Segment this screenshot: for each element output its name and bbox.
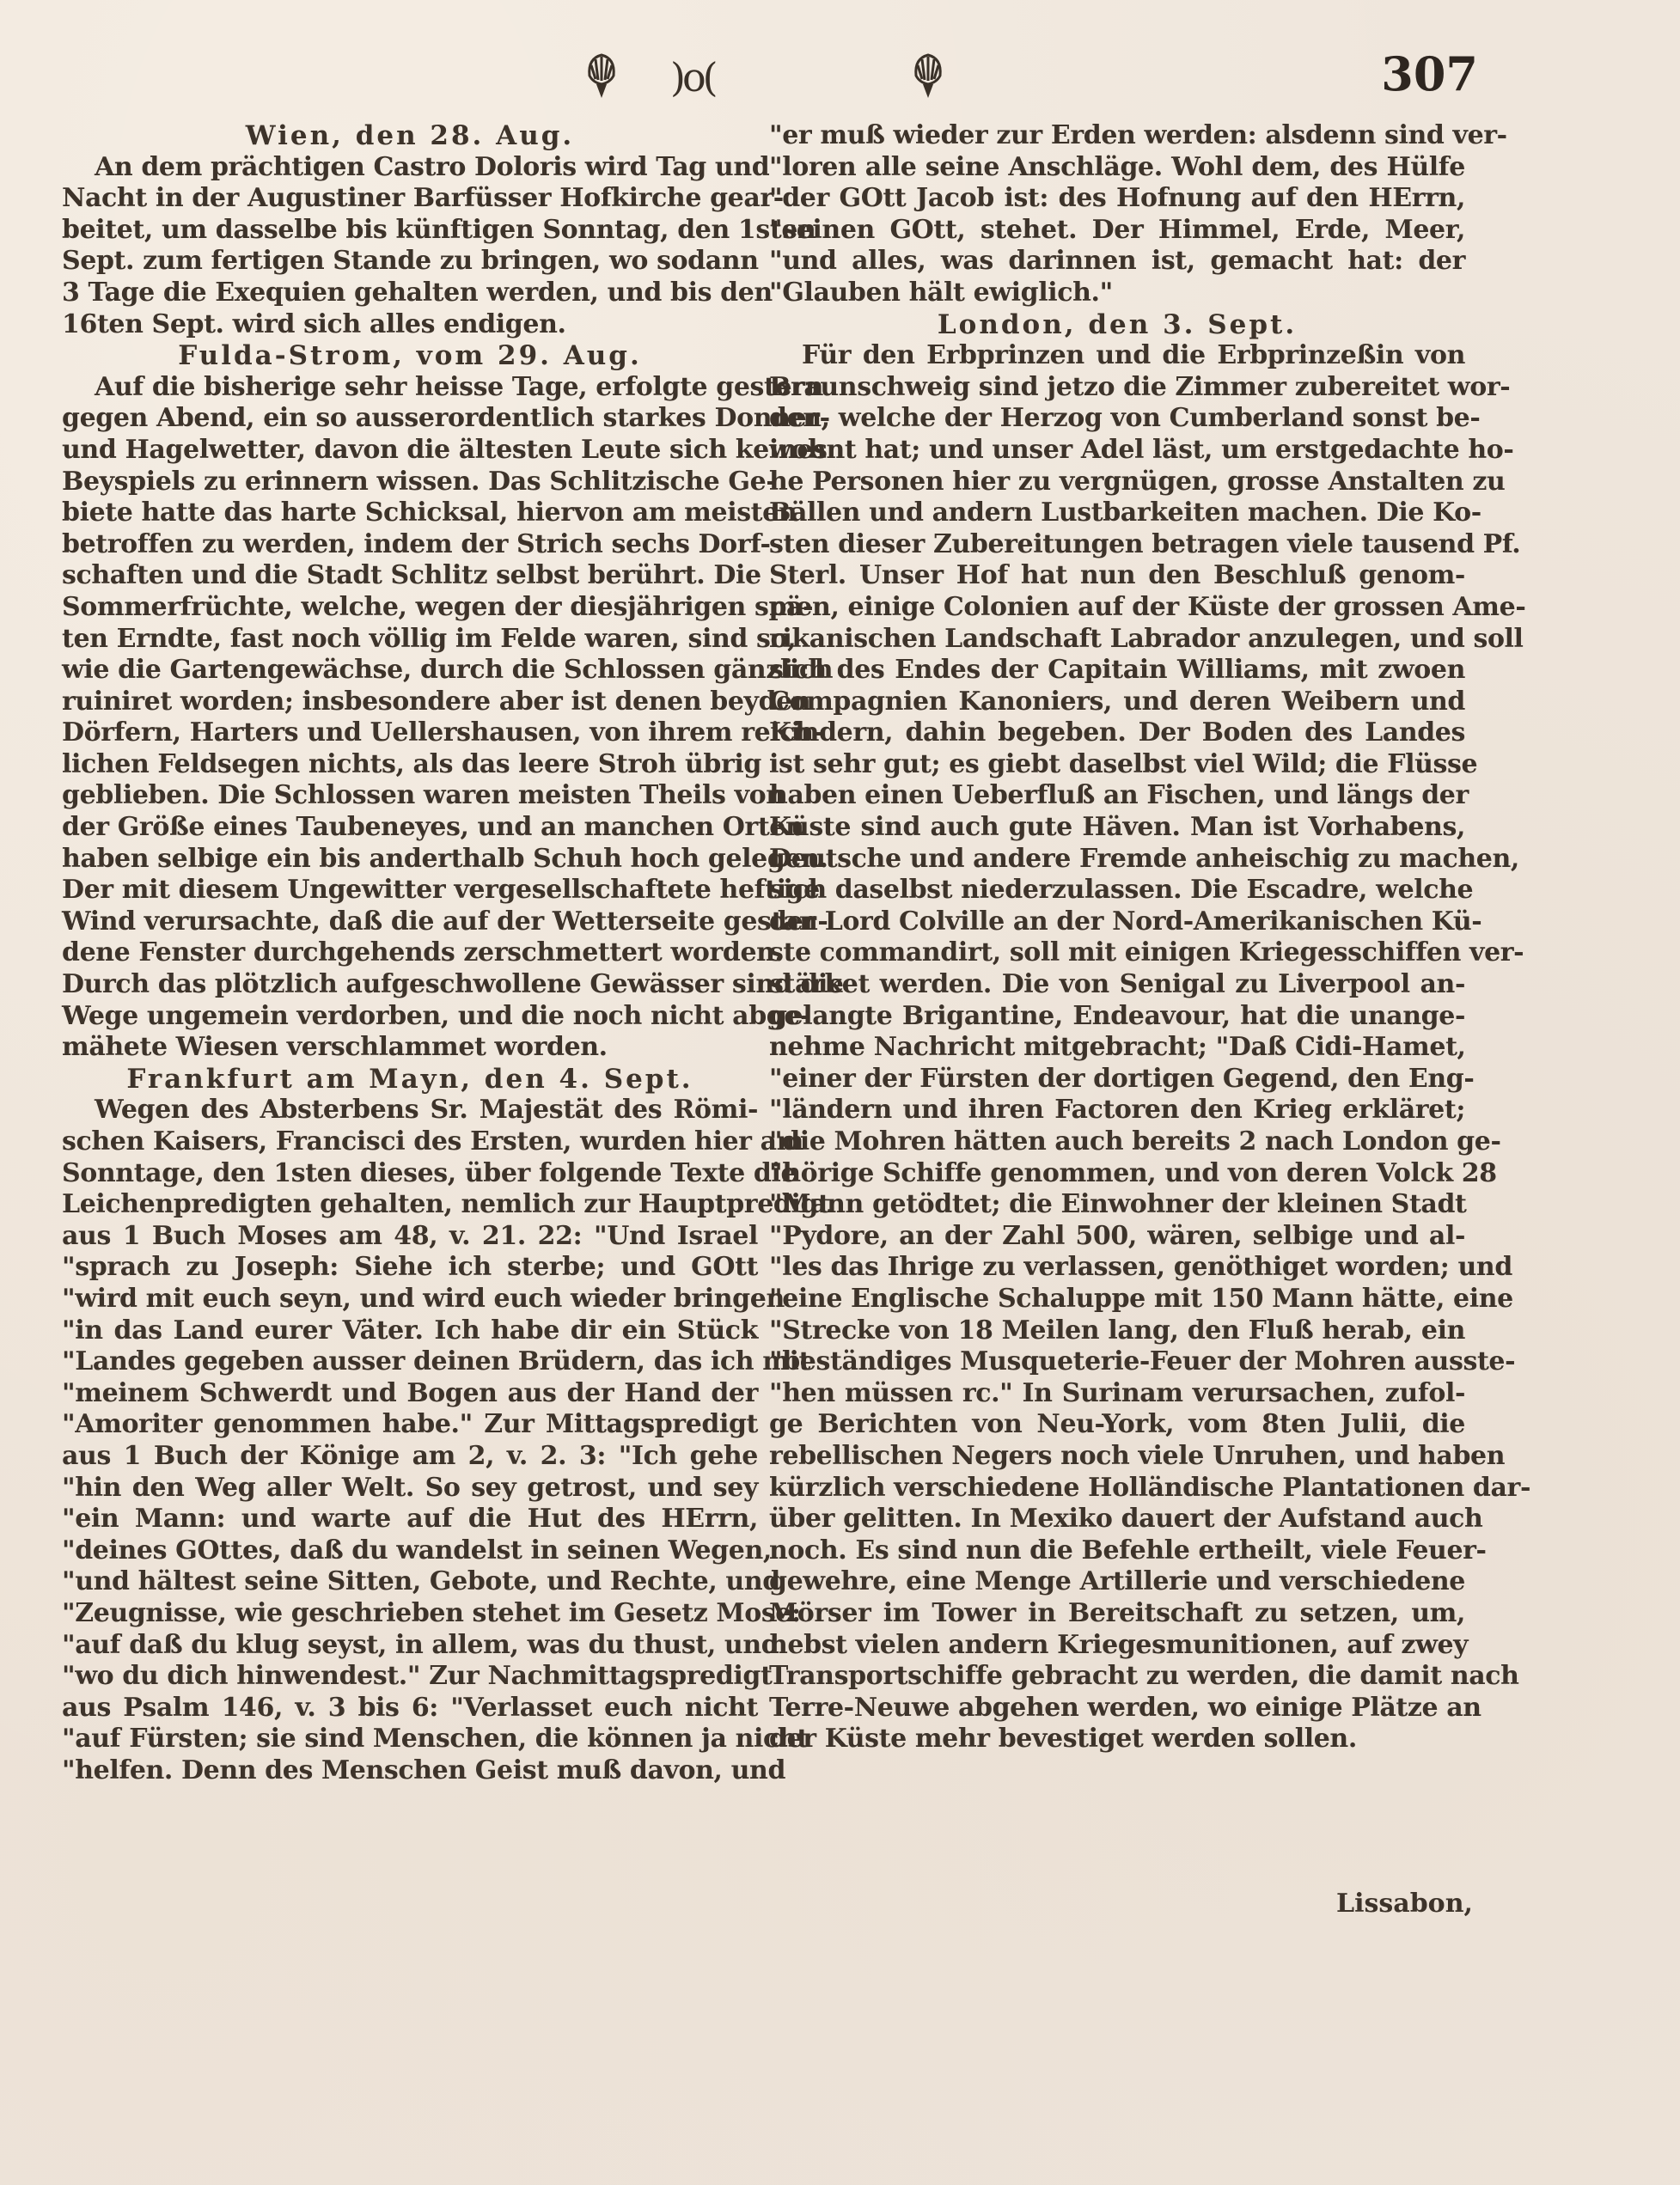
text-line: aus Psalm 146, v. 3 bis 6: "Verlasset eu…: [62, 1693, 758, 1724]
text-line: sich des Endes der Capitain Williams, mi…: [769, 655, 1465, 687]
text-line: "beständiges Musqueterie-Feuer der Mohre…: [769, 1346, 1465, 1378]
catchword: Lissabon,: [1336, 1889, 1473, 1919]
text-line: gegen Abend, ein so ausserordentlich sta…: [62, 403, 758, 435]
text-line: Deutsche und andere Fremde anheischig zu…: [769, 844, 1465, 876]
text-line: haben einen Ueberfluß an Fischen, und lä…: [769, 780, 1465, 812]
text-line: Bällen und andern Lustbarkeiten machen. …: [769, 497, 1465, 529]
text-line: rebellischen Negers noch viele Unruhen, …: [769, 1441, 1465, 1473]
text-line: mähete Wiesen verschlammet worden.: [62, 1032, 758, 1064]
text-line: den, welche der Herzog von Cumberland so…: [769, 403, 1465, 435]
text-line: Sommerfrüchte, welche, wegen der diesjäh…: [62, 592, 758, 624]
text-line: "in das Land eurer Väter. Ich habe dir e…: [62, 1315, 758, 1347]
text-line: stärket werden. Die von Senigal zu Liver…: [769, 969, 1465, 1001]
text-line: Für den Erbprinzen und die Erbprinzeßin …: [769, 340, 1465, 372]
text-line: Wind verursachte, daß die auf der Wetter…: [62, 906, 758, 938]
text-line: Compagnien Kanoniers, und deren Weibern …: [769, 687, 1465, 718]
text-line: "der GOtt Jacob ist: des Hofnung auf den…: [769, 183, 1465, 215]
text-line: der Größe eines Taubeneyes, und an manch…: [62, 812, 758, 844]
text-line: "ländern und ihren Factoren den Krieg er…: [769, 1095, 1465, 1126]
text-line: "sprach zu Joseph: Siehe ich sterbe; und…: [62, 1252, 758, 1284]
text-line: "Landes gegeben ausser deinen Brüdern, d…: [62, 1346, 758, 1378]
page-number: 307: [1381, 46, 1478, 101]
text-line: "Glauben hält ewiglich.": [769, 278, 1465, 309]
text-line: Sept. zum fertigen Stande zu bringen, wo…: [62, 246, 758, 278]
dateline-heading: London, den 3. Sept.: [769, 309, 1465, 341]
text-line: sich daselbst niederzulassen. Die Escadr…: [769, 875, 1465, 906]
text-line: Beyspiels zu erinnern wissen. Das Schlit…: [62, 467, 758, 498]
text-line: nehme Nachricht mitgebracht; "Daß Cidi-H…: [769, 1032, 1465, 1064]
right-column: "er muß wieder zur Erden werden: alsdenn…: [769, 120, 1465, 1755]
text-line: 16ten Sept. wird sich alles endigen.: [62, 309, 758, 341]
text-line: "Amoriter genommen habe." Zur Mittagspre…: [62, 1409, 758, 1441]
text-line: "auf daß du klug seyst, in allem, was du…: [62, 1630, 758, 1662]
text-line: Küste sind auch gute Häven. Man ist Vorh…: [769, 812, 1465, 844]
text-line: Sonntage, den 1sten dieses, über folgend…: [62, 1158, 758, 1190]
dateline-heading: Wien, den 28. Aug.: [62, 120, 758, 152]
text-line: Braunschweig sind jetzo die Zimmer zuber…: [769, 372, 1465, 404]
text-line: "hin den Weg aller Welt. So sey getrost,…: [62, 1473, 758, 1504]
text-line: Kindern, dahin begeben. Der Boden des La…: [769, 717, 1465, 749]
text-line: beitet, um dasselbe bis künftigen Sonnta…: [62, 215, 758, 247]
text-line: aus 1 Buch der Könige am 2, v. 2. 3: "Ic…: [62, 1441, 758, 1473]
text-line: "helfen. Denn des Menschen Geist muß dav…: [62, 1755, 758, 1787]
text-line: ste commandirt, soll mit einigen Krieges…: [769, 937, 1465, 969]
text-line: "loren alle seine Anschläge. Wohl dem, d…: [769, 152, 1465, 184]
text-line: "Zeugnisse, wie geschrieben stehet im Ge…: [62, 1598, 758, 1630]
text-line: Wege ungemein verdorben, und die noch ni…: [62, 1001, 758, 1033]
text-line: betroffen zu werden, indem der Strich se…: [62, 529, 758, 561]
text-line: Mörser im Tower in Bereitschaft zu setze…: [769, 1598, 1465, 1630]
text-line: ruiniret worden; insbesondere aber ist d…: [62, 687, 758, 718]
text-line: "hörige Schiffe genommen, und von deren …: [769, 1158, 1465, 1190]
text-line: wie die Gartengewächse, durch die Schlos…: [62, 655, 758, 687]
text-line: An dem prächtigen Castro Doloris wird Ta…: [62, 152, 758, 184]
text-line: schaften und die Stadt Schlitz selbst be…: [62, 560, 758, 592]
text-line: Auf die bisherige sehr heisse Tage, erfo…: [62, 372, 758, 404]
text-line: kürzlich verschiedene Holländische Plant…: [769, 1473, 1465, 1504]
text-line: "eine Englische Schaluppe mit 150 Mann h…: [769, 1284, 1465, 1315]
left-column: Wien, den 28. Aug.An dem prächtigen Cast…: [62, 120, 758, 1786]
text-line: nebst vielen andern Kriegesmunitionen, a…: [769, 1630, 1465, 1662]
text-line: Durch das plötzlich aufgeschwollene Gewä…: [62, 969, 758, 1001]
text-line: rikanischen Landschaft Labrador anzulege…: [769, 624, 1465, 656]
text-line: gewehre, eine Menge Artillerie und versc…: [769, 1566, 1465, 1598]
dateline-heading: Frankfurt am Mayn, den 4. Sept.: [62, 1064, 758, 1096]
text-line: "einer der Fürsten der dortigen Gegend, …: [769, 1064, 1465, 1096]
text-line: wohnt hat; und unser Adel läst, um erstg…: [769, 435, 1465, 467]
dateline-heading: Fulda-Strom, vom 29. Aug.: [62, 340, 758, 372]
text-line: "auf Fürsten; sie sind Menschen, die kön…: [62, 1724, 758, 1755]
text-line: "hen müssen rc." In Surinam verursachen,…: [769, 1378, 1465, 1410]
text-line: he Personen hier zu vergnügen, grosse An…: [769, 467, 1465, 498]
text-line: men, einige Colonien auf der Küste der g…: [769, 592, 1465, 624]
text-line: "Mann getödtet; die Einwohner der kleine…: [769, 1189, 1465, 1221]
text-line: "seinen GOtt, stehet. Der Himmel, Erde, …: [769, 215, 1465, 247]
text-line: ge Berichten von Neu-York, vom 8ten Juli…: [769, 1409, 1465, 1441]
text-line: "Pydore, an der Zahl 500, wären, selbige…: [769, 1221, 1465, 1253]
text-line: "deines GOttes, daß du wandelst in seine…: [62, 1535, 758, 1567]
text-line: ist sehr gut; es giebt daselbst viel Wil…: [769, 749, 1465, 781]
text-line: Nacht in der Augustiner Barfüsser Hofkir…: [62, 183, 758, 215]
text-line: 3 Tage die Exequien gehalten werden, und…: [62, 278, 758, 309]
text-line: "wird mit euch seyn, und wird euch wiede…: [62, 1284, 758, 1315]
text-line: Transportschiffe gebracht zu werden, die…: [769, 1661, 1465, 1693]
text-line: Sterl. Unser Hof hat nun den Beschluß ge…: [769, 560, 1465, 592]
text-line: "meinem Schwerdt und Bogen aus der Hand …: [62, 1378, 758, 1410]
text-line: sten dieser Zubereitungen betragen viele…: [769, 529, 1465, 561]
divider-ornament: )o(: [670, 55, 739, 103]
text-line: Leichenpredigten gehalten, nemlich zur H…: [62, 1189, 758, 1221]
text-line: biete hatte das harte Schicksal, hiervon…: [62, 497, 758, 529]
text-line: schen Kaisers, Francisci des Ersten, wur…: [62, 1126, 758, 1158]
text-line: über gelitten. In Mexiko dauert der Aufs…: [769, 1504, 1465, 1535]
text-line: geblieben. Die Schlossen waren meisten T…: [62, 780, 758, 812]
text-line: Der mit diesem Ungewitter vergesellschaf…: [62, 875, 758, 906]
text-line: "und hältest seine Sitten, Gebote, und R…: [62, 1566, 758, 1598]
text-line: "die Mohren hätten auch bereits 2 nach L…: [769, 1126, 1465, 1158]
text-line: Terre-Neuwe abgehen werden, wo einige Pl…: [769, 1693, 1465, 1724]
shell-ornament-icon: [911, 52, 945, 100]
text-line: aus 1 Buch Moses am 48, v. 21. 22: "Und …: [62, 1221, 758, 1253]
text-line: der Lord Colville an der Nord-Amerikanis…: [769, 906, 1465, 938]
text-line: noch. Es sind nun die Befehle ertheilt, …: [769, 1535, 1465, 1567]
text-line: dene Fenster durchgehends zerschmettert …: [62, 937, 758, 969]
text-line: Dörfern, Harters und Uellershausen, von …: [62, 717, 758, 749]
text-line: "les das Ihrige zu verlassen, genöthiget…: [769, 1252, 1465, 1284]
page-header: )o( 307: [584, 52, 1478, 112]
text-line: und Hagelwetter, davon die ältesten Leut…: [62, 435, 758, 467]
text-line: der Küste mehr bevestiget werden sollen.: [769, 1724, 1465, 1755]
text-line: "er muß wieder zur Erden werden: alsdenn…: [769, 120, 1465, 152]
text-line: "wo du dich hinwendest." Zur Nachmittags…: [62, 1661, 758, 1693]
text-line: "Strecke von 18 Meilen lang, den Fluß he…: [769, 1315, 1465, 1347]
text-line: "ein Mann: und warte auf die Hut des HEr…: [62, 1504, 758, 1535]
text-line: ten Erndte, fast noch völlig im Felde wa…: [62, 624, 758, 656]
text-line: "und alles, was darinnen ist, gemacht ha…: [769, 246, 1465, 278]
text-line: Wegen des Absterbens Sr. Majestät des Rö…: [62, 1095, 758, 1126]
shell-ornament-icon: [584, 52, 619, 100]
text-line: lichen Feldsegen nichts, als das leere S…: [62, 749, 758, 781]
text-line: gelangte Brigantine, Endeavour, hat die …: [769, 1001, 1465, 1033]
text-line: haben selbige ein bis anderthalb Schuh h…: [62, 844, 758, 876]
